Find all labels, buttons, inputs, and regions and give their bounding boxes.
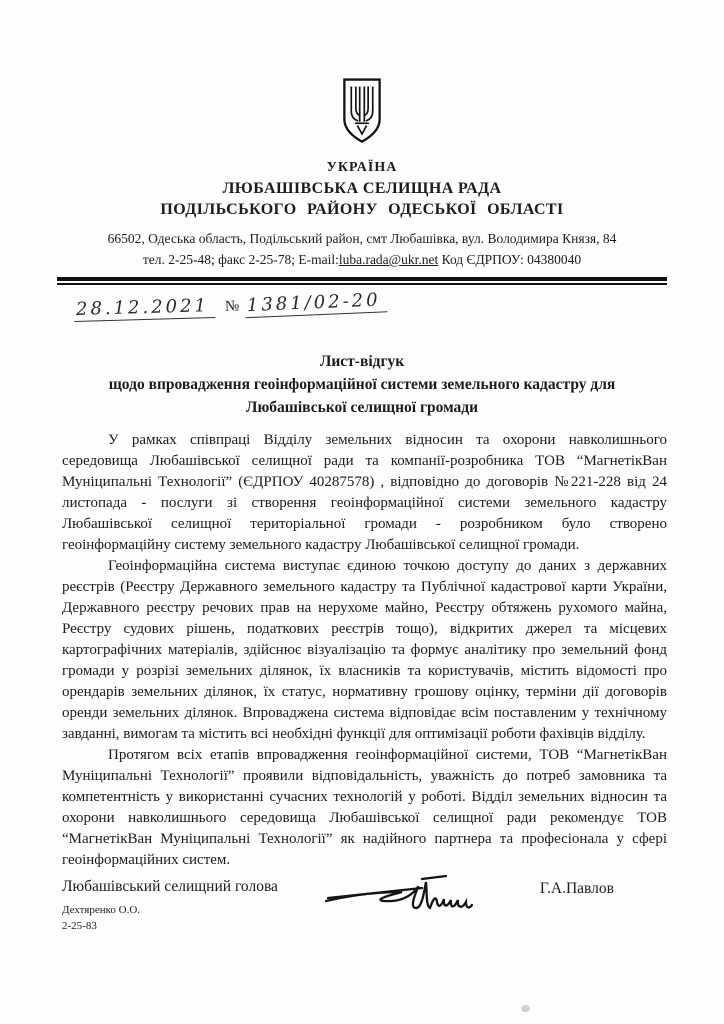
reference-line: 28.12.2021№1381/02-20 — [74, 281, 724, 322]
letterhead: УКРАЇНА ЛЮБАШІВСЬКА СЕЛИЩНА РАДА ПОДІЛЬС… — [0, 0, 724, 270]
number-sign: № — [225, 298, 240, 314]
signature-block: Любашівський селищний голова Дехтяренко … — [62, 878, 614, 934]
body-paragraph-2: Геоінформаційна система виступає єдиною … — [62, 556, 667, 745]
signatory-name: Г.А.Павлов — [540, 878, 614, 898]
body-paragraph-3: Протягом всіх етапів впровадження геоінф… — [62, 745, 667, 871]
handwritten-date: 28.12.2021 — [74, 295, 216, 322]
contacts-prefix: тел. 2-25-48; факс 2-25-78; E-mail: — [143, 252, 339, 267]
scanned-letter-page: УКРАЇНА ЛЮБАШІВСЬКА СЕЛИЩНА РАДА ПОДІЛЬС… — [0, 0, 724, 1024]
signatory-position: Любашівський селищний голова — [62, 878, 278, 896]
signatory-left: Любашівський селищний голова Дехтяренко … — [62, 878, 278, 934]
org-address-block: 66502, Одеська область, Подільський райо… — [0, 228, 724, 270]
title-line-1: Лист-відгук — [0, 350, 724, 373]
org-council-name: ЛЮБАШІВСЬКА СЕЛИЩНА РАДА — [0, 180, 724, 198]
ukraine-trident-emblem-icon — [339, 76, 385, 146]
org-address-line: 66502, Одеська область, Подільський райо… — [0, 228, 724, 249]
title-line-3: Любашівської селищної громади — [0, 396, 724, 419]
org-contacts-line: тел. 2-25-48; факс 2-25-78; E-mail:luba.… — [0, 249, 724, 270]
org-country: УКРАЇНА — [0, 160, 724, 176]
handwritten-signature-icon — [324, 874, 494, 925]
title-line-2: щодо впровадження геоінформаційної систе… — [0, 373, 724, 396]
executor-phone: 2-25-83 — [62, 918, 278, 934]
contacts-suffix: Код ЄДРПОУ: 04380040 — [438, 252, 581, 267]
org-email: luba.rada@ukr.net — [339, 252, 438, 267]
executor-name: Дехтяренко О.О. — [62, 902, 278, 918]
letterhead-divider — [57, 277, 667, 285]
body-paragraph-1: У рамках співпраці Відділу земельних від… — [62, 430, 667, 556]
scan-speck — [521, 1005, 530, 1012]
divider-thick-line — [57, 277, 667, 281]
document-title: Лист-відгук щодо впровадження геоінформа… — [0, 350, 724, 419]
org-region-line: ПОДІЛЬСЬКОГО РАЙОНУ ОДЕСЬКОЇ ОБЛАСТІ — [0, 201, 724, 219]
handwritten-number: 1381/02-20 — [245, 289, 388, 318]
executor-info: Дехтяренко О.О. 2-25-83 — [62, 902, 278, 934]
letter-body: У рамках співпраці Відділу земельних від… — [62, 430, 667, 871]
